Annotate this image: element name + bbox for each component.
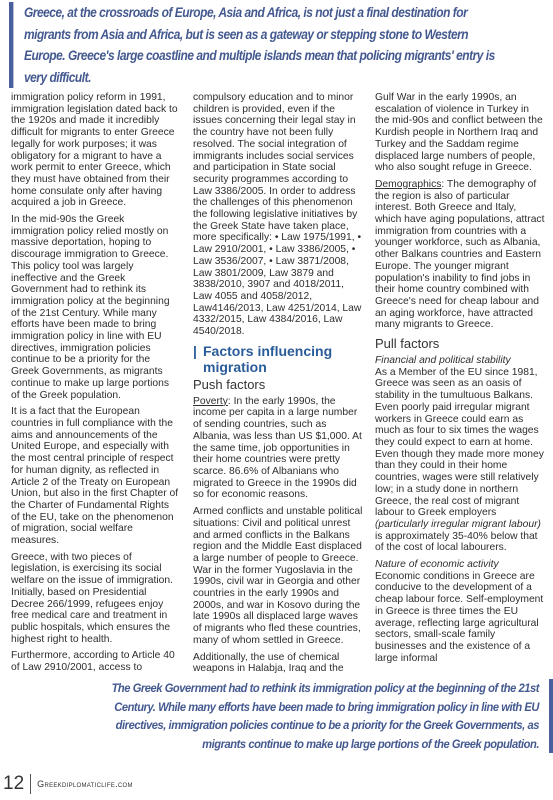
- pullquote-top-text: Greece, at the crossroads of Europe, Asi…: [24, 2, 499, 88]
- paragraph: compulsory education and to minor childr…: [193, 92, 363, 338]
- poverty-label: Poverty: [193, 396, 228, 407]
- paragraph: Economic conditions in Greece are conduc…: [375, 571, 545, 665]
- column-1: immigration policy reform in 1991, immig…: [11, 92, 179, 679]
- section-heading-factors: | Factors influencing migration: [193, 343, 363, 375]
- financial-title: Financial and political stability: [375, 355, 545, 367]
- financial-text-italic: (particularly irregular migrant labour): [375, 519, 541, 530]
- page-footer: 12 Greekdiplomaticlife.com: [3, 772, 133, 796]
- demographics-label: Demographics: [375, 179, 441, 190]
- paragraph-poverty: Poverty: In the early 1990s, the income …: [193, 396, 363, 501]
- heading-text: Factors influencing migration: [203, 343, 332, 375]
- column-2: compulsory education and to minor childr…: [193, 92, 363, 680]
- paragraph-financial: As a Member of the EU since 1981, Greece…: [375, 367, 545, 554]
- economic-title: Nature of economic activity: [375, 559, 545, 571]
- paragraph: Armed conflicts and unstable political s…: [193, 506, 363, 646]
- paragraph: Furthermore, according to Article 40 of …: [11, 650, 179, 673]
- paragraph: In the mid-90s the Greek immigration pol…: [11, 214, 179, 401]
- demographics-text: : The demography of the region is also o…: [375, 179, 544, 330]
- poverty-text: : In the early 1990s, the income per cap…: [193, 396, 362, 501]
- pullquote-bottom-text: The Greek Government had to rethink its …: [107, 679, 539, 753]
- site-name: Greekdiplomaticlife.com: [37, 779, 133, 789]
- subheading-pull-factors: Pull factors: [375, 336, 545, 351]
- financial-text: As a Member of the EU since 1981, Greece…: [375, 367, 544, 518]
- paragraph: Additionally, the use of chemical weapon…: [193, 652, 363, 675]
- pullquote-top: Greece, at the crossroads of Europe, Asi…: [9, 2, 446, 88]
- page-number: 12: [3, 773, 24, 795]
- paragraph-demographics: Demographics: The demography of the regi…: [375, 179, 545, 331]
- heading-bar: |: [193, 343, 197, 359]
- paragraph: It is a fact that the European countries…: [11, 406, 179, 546]
- article-columns: immigration policy reform in 1991, immig…: [0, 92, 553, 662]
- financial-text-end: is approximately 35-40% below that of th…: [375, 531, 538, 554]
- paragraph: Gulf War in the early 1990s, an escalati…: [375, 92, 545, 174]
- paragraph: immigration policy reform in 1991, immig…: [11, 92, 179, 209]
- subheading-push-factors: Push factors: [193, 377, 363, 392]
- column-3: Gulf War in the early 1990s, an escalati…: [375, 92, 545, 669]
- footer-divider: [30, 774, 31, 794]
- pullquote-bottom: The Greek Government had to rethink its …: [105, 679, 553, 753]
- paragraph: Greece, with two pieces of legislation, …: [11, 552, 179, 646]
